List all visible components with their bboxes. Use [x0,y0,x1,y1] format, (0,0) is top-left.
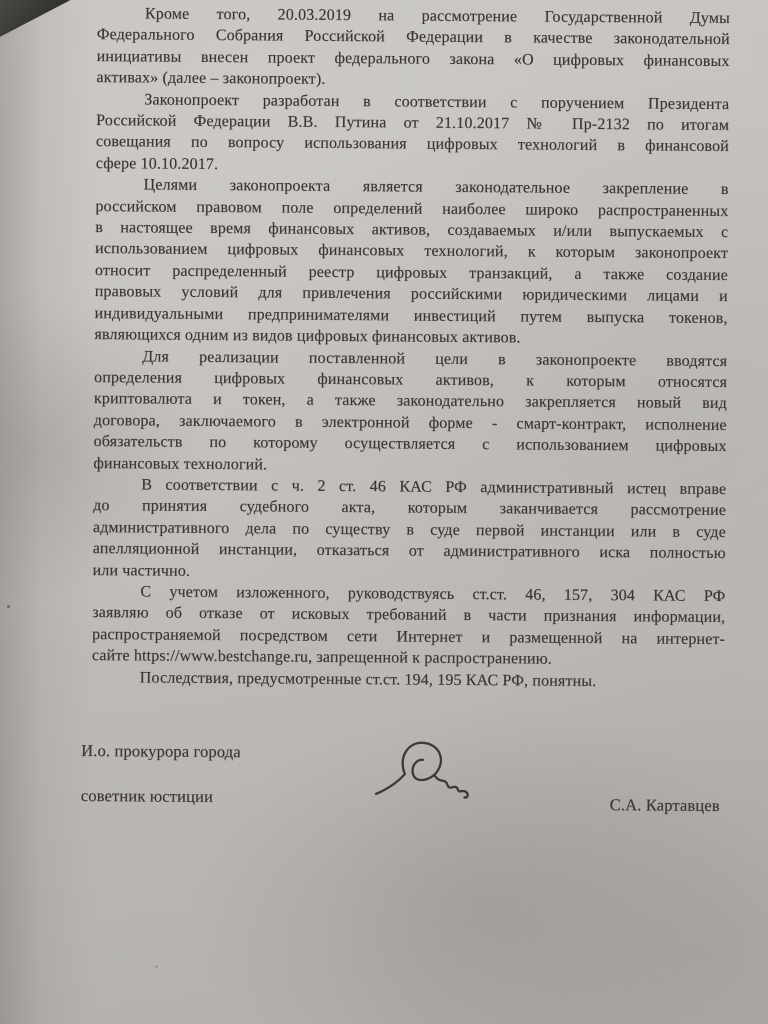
paper-specks [7,605,10,608]
paragraph: С учетом изложенного, руководствуясь ст.… [92,581,726,672]
paragraph: В соответствии с ч. 2 ст. 46 КАС РФ адми… [92,474,726,586]
document-text: Кроме того, 20.03.2019 на рассмотрение Г… [90,3,730,855]
text-line: Последствия, предусмотренные ст.ст. 194,… [92,667,725,693]
paragraph: Последствия, предусмотренные ст.ст. 194,… [92,667,725,693]
signatory-name: С.А. Картавцев [610,794,720,816]
paragraph: Для реализации поставленной цели в закон… [93,346,727,479]
paragraph: Законопроект разработан в соответствии с… [96,89,730,180]
signoff-position-line-2: советник юстиции [81,785,213,807]
signoff-block: И.о. прокурора города советник юстиции С… [80,740,724,855]
paragraph: Кроме того, 20.03.2019 на рассмотрение Г… [96,3,730,94]
paragraph: Целями законопроекта является законодате… [94,174,728,350]
photographed-document: Кроме того, 20.03.2019 на рассмотрение Г… [0,0,768,1024]
handwritten-signature [365,731,490,818]
signoff-position-line-1: И.о. прокурора города [81,740,241,763]
